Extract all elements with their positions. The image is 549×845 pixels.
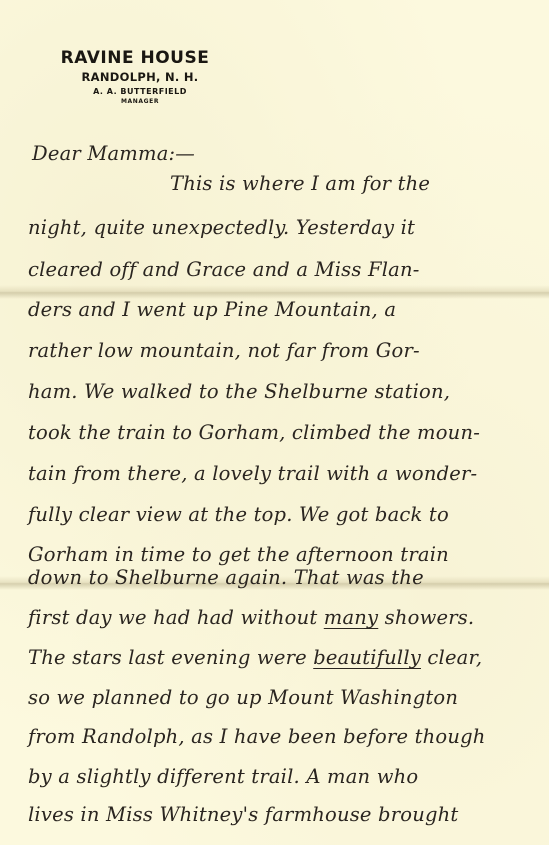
letter-line: This is where I am for the — [170, 172, 430, 195]
paper-fold-upper — [0, 285, 549, 299]
line-text: clear, — [421, 646, 482, 669]
salutation: Dear Mamma:— — [32, 142, 195, 165]
manager-title: MANAGER — [40, 97, 240, 106]
line-text: The stars last evening were — [28, 646, 313, 669]
letter-line: ham. We walked to the Shelburne station, — [28, 380, 450, 403]
letter-line: took the train to Gorham, climbed the mo… — [28, 421, 480, 444]
letter-line: cleared off and Grace and a Miss Flan- — [28, 258, 420, 281]
hotel-location: RANDOLPH, N. H. — [40, 70, 240, 84]
letter-line: fully clear view at the top. We got back… — [28, 503, 449, 526]
letter-line: down to Shelburne again. That was the — [28, 566, 424, 589]
letter-line: so we planned to go up Mount Washington — [28, 686, 458, 709]
underlined-word: beautifully — [313, 646, 421, 669]
letter-line: ders and I went up Pine Mountain, a — [28, 298, 396, 321]
manager-name: A. A. BUTTERFIELD — [40, 86, 240, 97]
letterhead: RAVINE HOUSE RANDOLPH, N. H. A. A. BUTTE… — [40, 48, 240, 106]
letter-line: The stars last evening were beautifully … — [28, 646, 482, 669]
letter-line: by a slightly different trail. A man who — [28, 765, 418, 788]
hotel-name: RAVINE HOUSE — [30, 48, 240, 68]
letter-line: lives in Miss Whitney's farmhouse brough… — [28, 803, 458, 826]
letter-line: from Randolph, as I have been before tho… — [28, 725, 486, 748]
letter-line: rather low mountain, not far from Gor- — [28, 339, 420, 362]
underlined-word: many — [324, 606, 379, 629]
letter-line: Gorham in time to get the afternoon trai… — [28, 543, 449, 566]
letter-line: night, quite unexpectedly. Yesterday it — [28, 216, 415, 239]
line-text: first day we had had without — [28, 606, 324, 629]
letter-line: first day we had had without many shower… — [28, 606, 474, 629]
line-text: showers. — [378, 606, 474, 629]
letter-line: tain from there, a lovely trail with a w… — [28, 462, 477, 485]
